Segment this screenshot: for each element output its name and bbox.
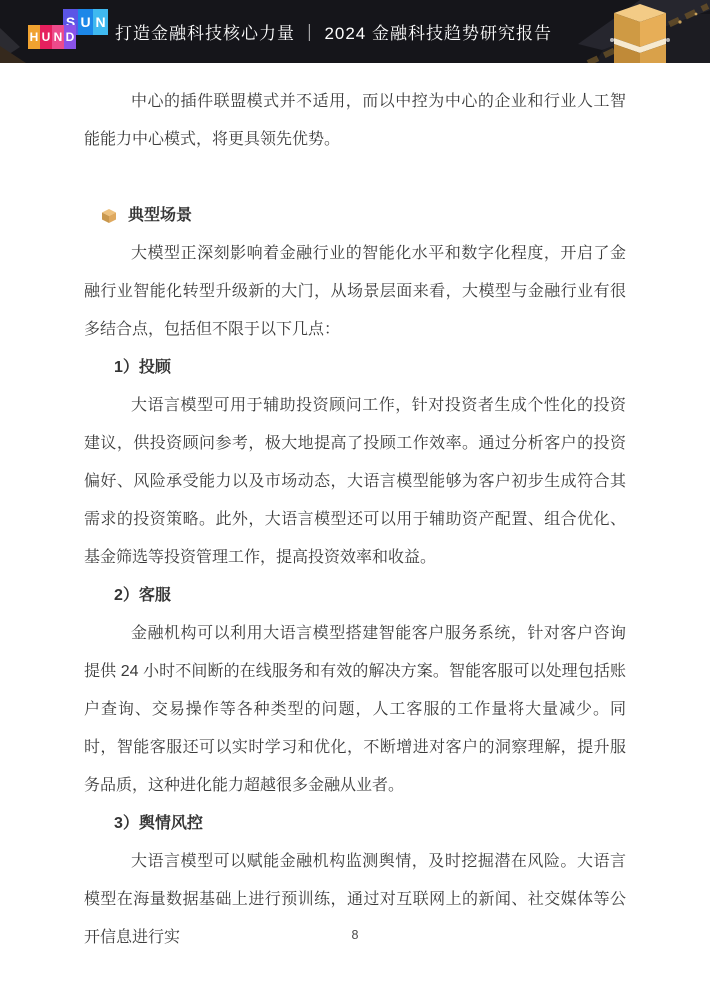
report-body: 中心的插件联盟模式并不适用，而以中控为中心的企业和行业人工智能能力中心模式，将更…	[0, 63, 710, 957]
section-lead-paragraph: 大模型正深刻影响着金融行业的智能化水平和数字化程度，开启了金融行业智能化转型升级…	[84, 235, 626, 349]
logo-tile-h: H	[28, 25, 40, 49]
logo-tile-u2: U	[78, 9, 93, 35]
section-title: 典型场景	[128, 197, 192, 235]
logo-tile-n1: N	[52, 25, 64, 49]
report-header: S U N H U N D 打造金融科技核心力量 ｜ 2024 金融科技趋势研究…	[0, 0, 710, 63]
item-body-investment-advisory: 大语言模型可用于辅助投资顾问工作，针对投资者生成个性化的投资建议，供投资顾问参考…	[84, 387, 626, 577]
section-heading: 典型场景	[84, 197, 626, 235]
gold-cube-icon	[101, 208, 117, 224]
header-title: 打造金融科技核心力量 ｜ 2024 金融科技趋势研究报告	[115, 0, 552, 63]
gold-cube-graphic	[540, 0, 710, 63]
item-body-customer-service: 金融机构可以利用大语言模型搭建智能客户服务系统，针对客户咨询提供 24 小时不间…	[84, 615, 626, 805]
intro-paragraph: 中心的插件联盟模式并不适用，而以中控为中心的企业和行业人工智能能力中心模式，将更…	[84, 83, 626, 159]
hundsun-logo: S U N H U N D	[28, 9, 114, 51]
page-footer: 8	[0, 922, 710, 948]
logo-tile-u1: U	[40, 25, 52, 49]
logo-tile-n2: N	[93, 9, 108, 35]
item-heading-customer-service: 2）客服	[84, 577, 626, 615]
page-number: 8	[352, 928, 359, 942]
item-heading-investment-advisory: 1）投顾	[84, 349, 626, 387]
item-heading-sentiment-risk-control: 3）舆情风控	[84, 805, 626, 843]
logo-hund-row: H U N D	[28, 25, 76, 49]
report-page: S U N H U N D 打造金融科技核心力量 ｜ 2024 金融科技趋势研究…	[0, 0, 710, 1004]
logo-tile-d: D	[64, 25, 76, 49]
